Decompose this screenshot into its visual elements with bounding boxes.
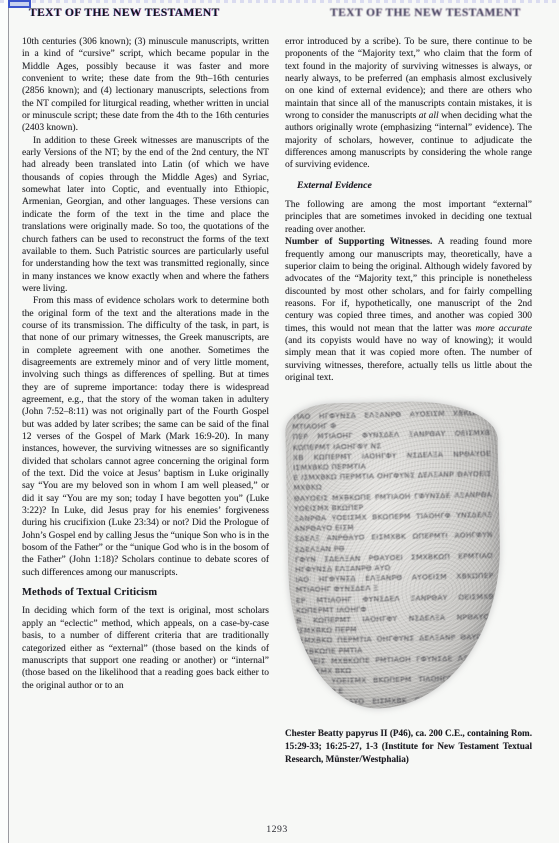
papyrus-greek-script-texture: ΤΙΑΟ ΗΓΦΥΝΣΔ ΕΛΞΑΝΡΘ ΑΥΟΕΙΣΜ ΧΒΚΩΠΕΡ ΜΤΙ… bbox=[292, 408, 496, 706]
papyrus-figure: ΤΙΑΟ ΗΓΦΥΝΣΔ ΕΛΞΑΝΡΘ ΑΥΟΕΙΣΜ ΧΒΚΩΠΕΡ ΜΤΙ… bbox=[285, 400, 532, 765]
running-header-left: TEXT OF THE NEW TESTAMENT bbox=[29, 7, 220, 19]
page-number: 1293 bbox=[22, 824, 532, 835]
majority-text-italic-segment: at all bbox=[419, 111, 439, 121]
papyrus-manuscript-image: ΤΙΑΟ ΗΓΦΥΝΣΔ ΕΛΞΑΝΡΘ ΑΥΟΕΙΣΜ ΧΒΚΩΠΕΡ ΜΤΙ… bbox=[285, 400, 503, 710]
paragraph-majority-text: error introduced by a scribe). To be sur… bbox=[285, 36, 532, 172]
page-scan-edge-line bbox=[8, 0, 9, 843]
paragraph-manuscript-types: 10th centuries (306 known); (3) minuscul… bbox=[22, 36, 269, 135]
left-column: 10th centuries (306 known); (3) minuscul… bbox=[22, 36, 269, 692]
right-column: error introduced by a scribe). To be sur… bbox=[285, 36, 532, 766]
papyrus-photo-area: ΤΙΑΟ ΗΓΦΥΝΣΔ ΕΛΞΑΝΡΘ ΑΥΟΕΙΣΜ ΧΒΚΩΠΕΡ ΜΤΙ… bbox=[285, 400, 532, 712]
scan-selection-marker bbox=[8, 0, 31, 8]
witnesses-segment: (and its copyists would have no way of k… bbox=[285, 336, 532, 383]
paragraph-eclectic-method: In deciding which form of the text is or… bbox=[22, 605, 269, 691]
witnesses-italic-segment: more accurate bbox=[475, 324, 532, 334]
majority-text-segment: error introduced by a scribe). To be sur… bbox=[285, 37, 532, 121]
running-header-right: TEXT OF THE NEW TESTAMENT bbox=[330, 7, 521, 19]
scan-top-dotted-edge bbox=[0, 0, 559, 3]
scan-margin-strip bbox=[0, 0, 8, 843]
witnesses-lead-in: Number of Supporting Witnesses. bbox=[285, 237, 432, 247]
paragraph-evidence: From this mass of evidence scholars work… bbox=[22, 295, 269, 579]
paragraph-supporting-witnesses: Number of Supporting Witnesses. A readin… bbox=[285, 236, 532, 384]
paragraph-versions: In addition to these Greek witnesses are… bbox=[22, 135, 269, 295]
scanned-book-page: TEXT OF THE NEW TESTAMENT TEXT OF THE NE… bbox=[0, 0, 559, 843]
figure-caption: Chester Beatty papyrus II (P46), ca. 200… bbox=[285, 727, 532, 765]
subsection-heading-external-evidence: External Evidence bbox=[297, 180, 532, 192]
paragraph-external-intro: The following are among the most importa… bbox=[285, 199, 532, 236]
section-heading-methods: Methods of Textual Criticism bbox=[22, 587, 269, 599]
witnesses-segment: A reading found more frequently among ou… bbox=[285, 237, 532, 333]
